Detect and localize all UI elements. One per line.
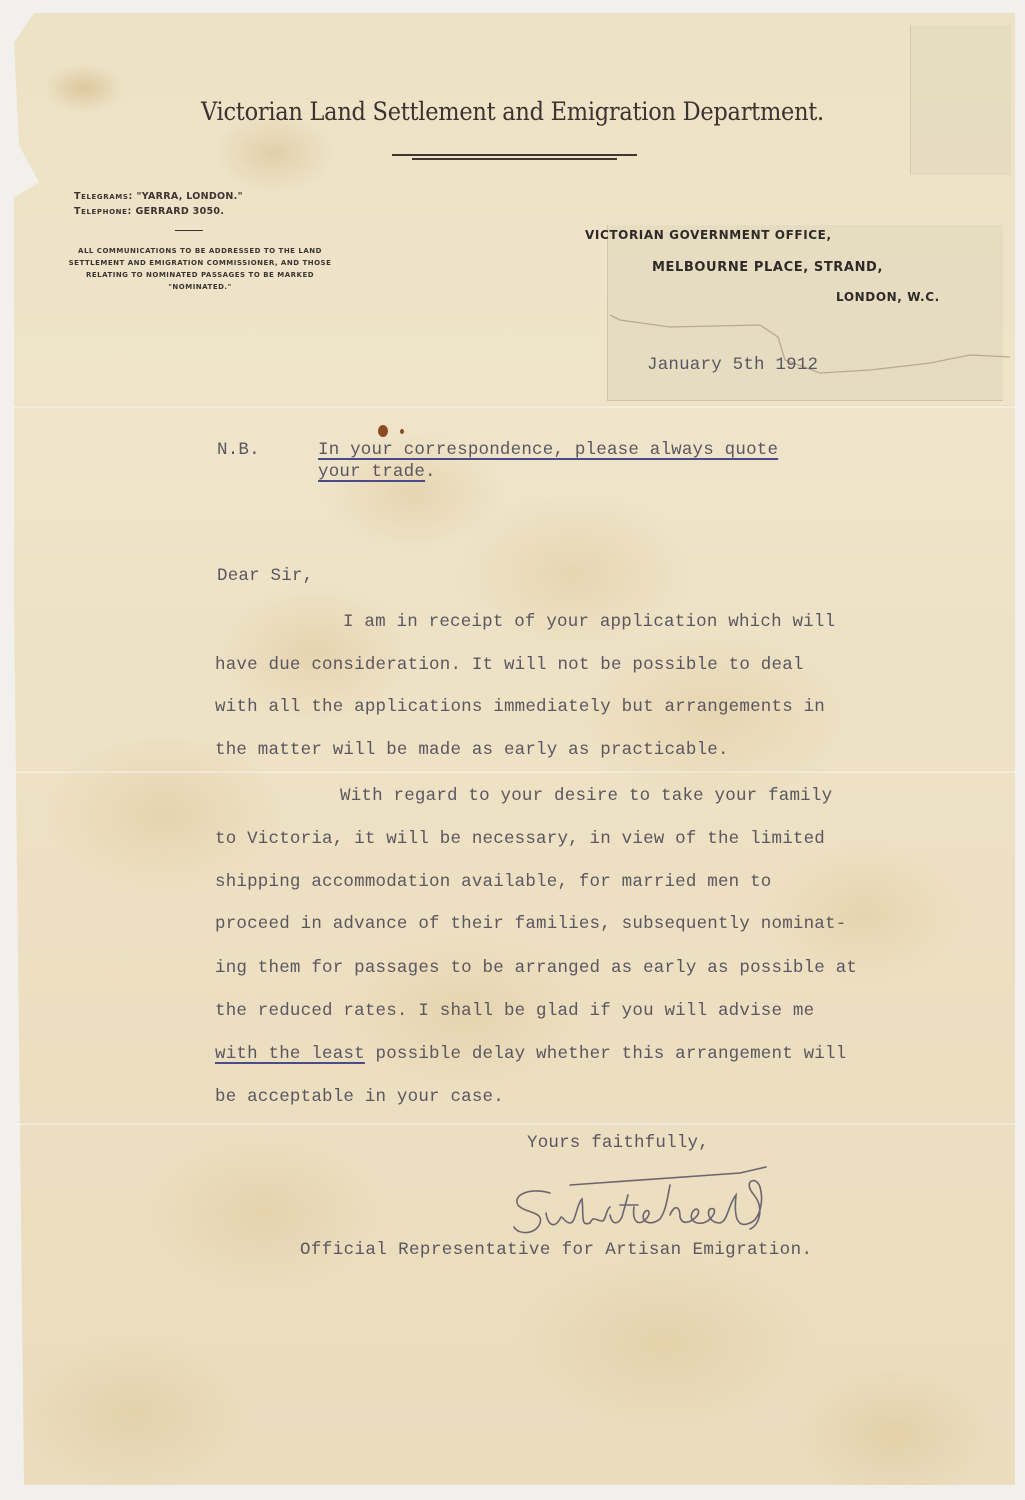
p2-line-2: to Victoria, it will be necessary, in vi…: [215, 829, 825, 849]
ink-stain: [378, 425, 388, 437]
contact-block: Telegrams: "YARRA, LONDON." Telephone: G…: [74, 189, 243, 219]
address-line-1: VICTORIAN GOVERNMENT OFFICE,: [585, 228, 832, 242]
p1-line-2: have due consideration. It will not be p…: [215, 655, 804, 675]
address-line-3: LONDON, W.C.: [836, 290, 940, 304]
nb-label: N.B.: [217, 440, 260, 460]
fold-crease: [14, 405, 1015, 408]
fold-crease: [14, 1122, 1015, 1125]
ink-stain: [400, 429, 404, 434]
nb-line-1: In your correspondence, please always qu…: [318, 440, 778, 460]
p2-line-5: ing them for passages to be arranged as …: [215, 958, 857, 978]
p2-line-4: proceed in advance of their families, su…: [215, 914, 846, 934]
address-line-2: MELBOURNE PLACE, STRAND,: [652, 260, 883, 275]
letterhead-rule: [412, 158, 617, 160]
nb-line-2: your trade.: [318, 462, 436, 482]
p2-line-1: With regard to your desire to take your …: [340, 786, 832, 806]
telephone-label: Telephone:: [74, 206, 132, 217]
p1-line-1: I am in receipt of your application whic…: [343, 612, 835, 632]
salutation: Dear Sir,: [217, 566, 313, 586]
letterhead-rule: [392, 154, 637, 156]
telegrams-label: Telegrams:: [74, 191, 133, 202]
p2-line-8: be acceptable in your case.: [215, 1087, 504, 1107]
telephone-line: Telephone: GERRARD 3050.: [74, 204, 243, 219]
letterhead-title: Victorian Land Settlement and Emigration…: [51, 97, 974, 126]
contact-rule: [175, 230, 203, 231]
signatory-title: Official Representative for Artisan Emig…: [300, 1240, 812, 1260]
letter-date: January 5th 1912: [647, 355, 818, 375]
telephone-value: GERRARD 3050.: [136, 206, 225, 217]
fold-crease: [14, 770, 1015, 773]
p2-line-7: with the least possible delay whether th…: [215, 1044, 846, 1064]
p1-line-4: the matter will be made as early as prac…: [215, 740, 729, 760]
handwritten-signature: [510, 1165, 860, 1245]
closing: Yours faithfully,: [527, 1133, 709, 1153]
p1-line-3: with all the applications immediately bu…: [215, 697, 825, 717]
telegrams-line: Telegrams: "YARRA, LONDON.": [74, 189, 243, 204]
p2-underlined: with the least: [215, 1044, 365, 1064]
p2-line-6: the reduced rates. I shall be glad if yo…: [215, 1001, 814, 1021]
communications-notice: ALL COMMUNICATIONS TO BE ADDRESSED TO TH…: [62, 245, 338, 293]
p2-line-7-tail: possible delay whether this arrangement …: [365, 1044, 847, 1064]
telegrams-value: "YARRA, LONDON.": [136, 191, 242, 202]
p2-line-3: shipping accommodation available, for ma…: [215, 872, 772, 892]
nb-underlined: your trade: [318, 462, 425, 482]
nb-tail: .: [425, 462, 436, 482]
